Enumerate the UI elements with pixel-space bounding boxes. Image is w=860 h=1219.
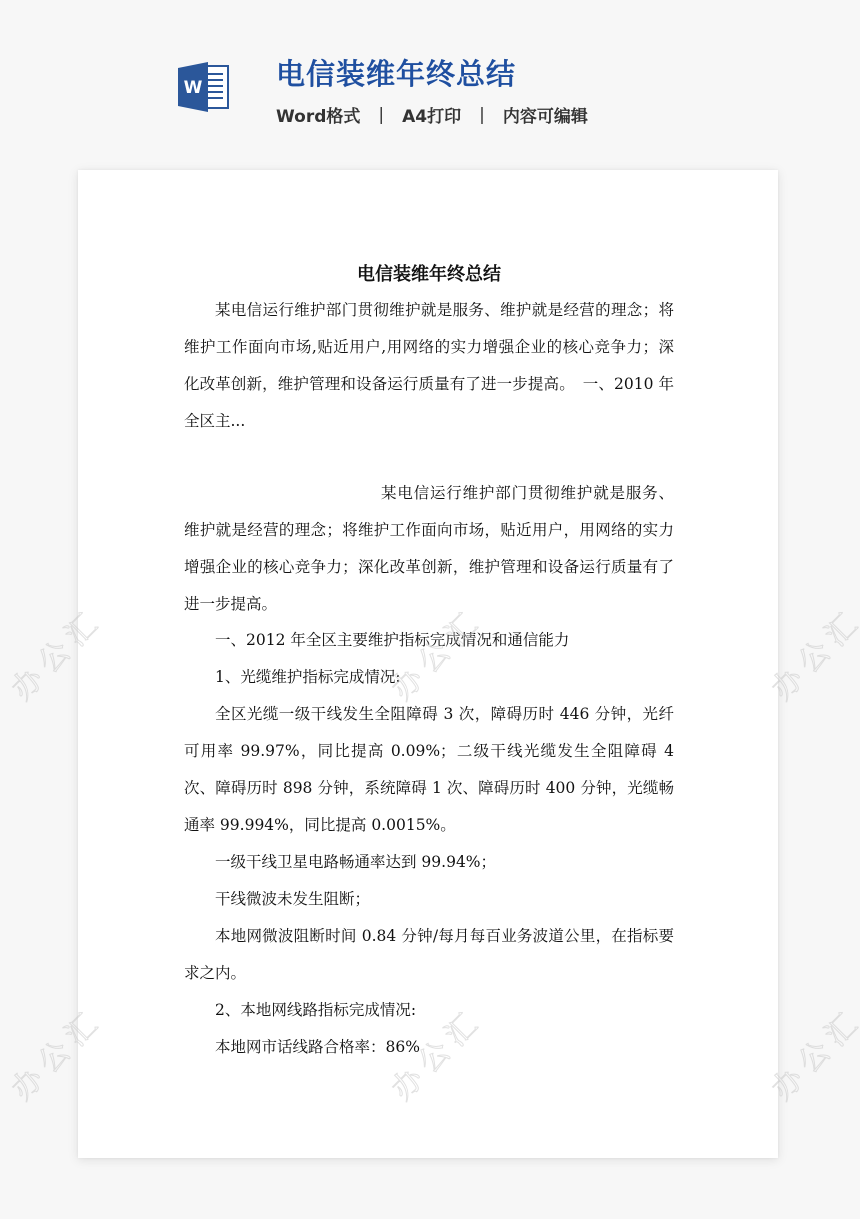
header: W 电信装维年终总结 Word格式 | A4打印 | 内容可编辑 (0, 0, 860, 160)
paragraph: 本地网市话线路合格率：86% (184, 1029, 674, 1066)
meta-editable: 内容可编辑 (503, 102, 588, 127)
meta-separator: | (378, 105, 384, 125)
paragraph: 某电信运行维护部门贯彻维护就是服务、维护就是经营的理念；将维护工作面向市场，贴近… (184, 475, 674, 623)
subsection-heading: 1、光缆维护指标完成情况: (184, 659, 674, 696)
svg-text:W: W (184, 78, 203, 98)
paragraph: 本地网微波阻断时间 0.84 分钟/每月每百业务波道公里，在指标要求之内。 (184, 918, 674, 992)
meta-print: A4打印 (402, 102, 461, 127)
paragraph: 一级干线卫星电路畅通率达到 99.94%； (184, 844, 674, 881)
meta-separator: | (479, 105, 485, 125)
document-summary: 某电信运行维护部门贯彻维护就是服务、维护就是经营的理念；将维护工作面向市场,贴近… (184, 292, 674, 440)
doc-title: 电信装维年终总结 (276, 52, 516, 93)
paragraph: 全区光缆一级干线发生全阻障碍 3 次，障碍历时 446 分钟，光纤可用率 99.… (184, 696, 674, 844)
meta-format: Word格式 (276, 102, 360, 127)
subsection-heading: 2、本地网线路指标完成情况: (184, 992, 674, 1029)
paragraph: 干线微波未发生阻断； (184, 881, 674, 918)
section-heading: 一、2012 年全区主要维护指标完成情况和通信能力 (184, 622, 674, 659)
page-title: 电信装维年终总结 (184, 260, 674, 286)
document-page: 电信装维年终总结 某电信运行维护部门贯彻维护就是服务、维护就是经营的理念；将维护… (78, 170, 778, 1158)
word-doc-icon: W (176, 60, 230, 114)
doc-meta: Word格式 | A4打印 | 内容可编辑 (276, 102, 588, 127)
